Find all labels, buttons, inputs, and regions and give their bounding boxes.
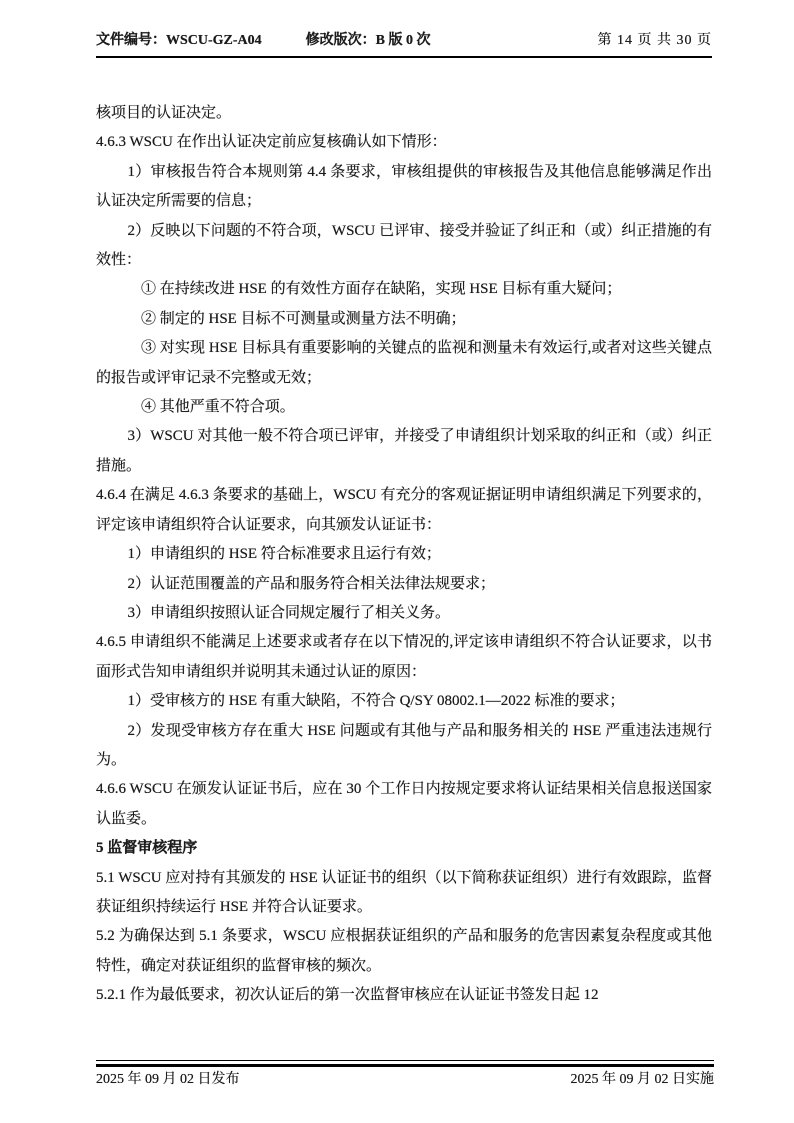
paragraph: 3）申请组织按照认证合同规定履行了相关义务。 bbox=[96, 599, 712, 628]
page-number: 第 14 页 共 30 页 bbox=[598, 31, 713, 51]
paragraph: 核项目的认证决定。 bbox=[96, 99, 712, 128]
issue-date: 2025 年 09 月 02 日发布 bbox=[96, 1070, 240, 1090]
page-header: 文件编号：WSCU-GZ-A04 修改版次：B 版 0 次 第 14 页 共 3… bbox=[96, 31, 712, 51]
paragraph: 4.6.5 申请组织不能满足上述要求或者存在以下情况的,评定该申请组织不符合认证… bbox=[96, 628, 712, 687]
paragraph: 2）反映以下问题的不符合项，WSCU 已评审、接受并验证了纠正和（或）纠正措施的… bbox=[96, 217, 712, 276]
paragraph: 1）受审核方的 HSE 有重大缺陷，不符合 Q/SY 08002.1—2022 … bbox=[96, 687, 712, 716]
paragraph: 4.6.3 WSCU 在作出认证决定前应复核确认如下情形： bbox=[96, 128, 712, 157]
paragraph: 5.1 WSCU 应对持有其颁发的 HSE 认证证书的组织（以下简称获证组织）进… bbox=[96, 864, 712, 923]
implement-date: 2025 年 09 月 02 日实施 bbox=[571, 1070, 715, 1090]
footer-rule bbox=[96, 1060, 714, 1067]
paragraph: 4.6.4 在满足 4.6.3 条要求的基础上，WSCU 有充分的客观证据证明申… bbox=[96, 481, 712, 540]
paragraph: 1）申请组织的 HSE 符合标准要求且运行有效； bbox=[96, 540, 712, 569]
revision-label: 修改版次：B 版 0 次 bbox=[306, 31, 431, 51]
paragraph: 2）认证范围覆盖的产品和服务符合相关法律法规要求； bbox=[96, 570, 712, 599]
section-heading: 5 监督审核程序 bbox=[96, 834, 712, 863]
doc-number: 文件编号：WSCU-GZ-A04 bbox=[96, 31, 262, 51]
paragraph: ② 制定的 HSE 目标不可测量或测量方法不明确； bbox=[96, 305, 712, 334]
paragraph: 5.2.1 作为最低要求，初次认证后的第一次监督审核应在认证证书签发日起 12 bbox=[96, 981, 712, 1010]
paragraph: 1）审核报告符合本规则第 4.4 条要求，审核组提供的审核报告及其他信息能够满足… bbox=[96, 158, 712, 217]
paragraph: 4.6.6 WSCU 在颁发认证证书后，应在 30 个工作日内按规定要求将认证结… bbox=[96, 775, 712, 834]
document-body: 核项目的认证决定。4.6.3 WSCU 在作出认证决定前应复核确认如下情形：1）… bbox=[96, 99, 712, 1011]
paragraph: 3）WSCU 对其他一般不符合项已评审，并接受了申请组织计划采取的纠正和（或）纠… bbox=[96, 422, 712, 481]
paragraph: 5.2 为确保达到 5.1 条要求，WSCU 应根据获证组织的产品和服务的危害因… bbox=[96, 922, 712, 981]
document-page: 文件编号：WSCU-GZ-A04 修改版次：B 版 0 次 第 14 页 共 3… bbox=[0, 0, 794, 1123]
header-rule bbox=[96, 56, 712, 58]
paragraph: 2）发现受审核方存在重大 HSE 问题或有其他与产品和服务相关的 HSE 严重违… bbox=[96, 717, 712, 776]
paragraph: ④ 其他严重不符合项。 bbox=[96, 393, 712, 422]
paragraph: ① 在持续改进 HSE 的有效性方面存在缺陷，实现 HSE 目标有重大疑问； bbox=[96, 275, 712, 304]
paragraph: ③ 对实现 HSE 目标具有重要影响的关键点的监视和测量未有效运行,或者对这些关… bbox=[96, 334, 712, 393]
page-footer: 2025 年 09 月 02 日发布 2025 年 09 月 02 日实施 bbox=[96, 1070, 714, 1090]
